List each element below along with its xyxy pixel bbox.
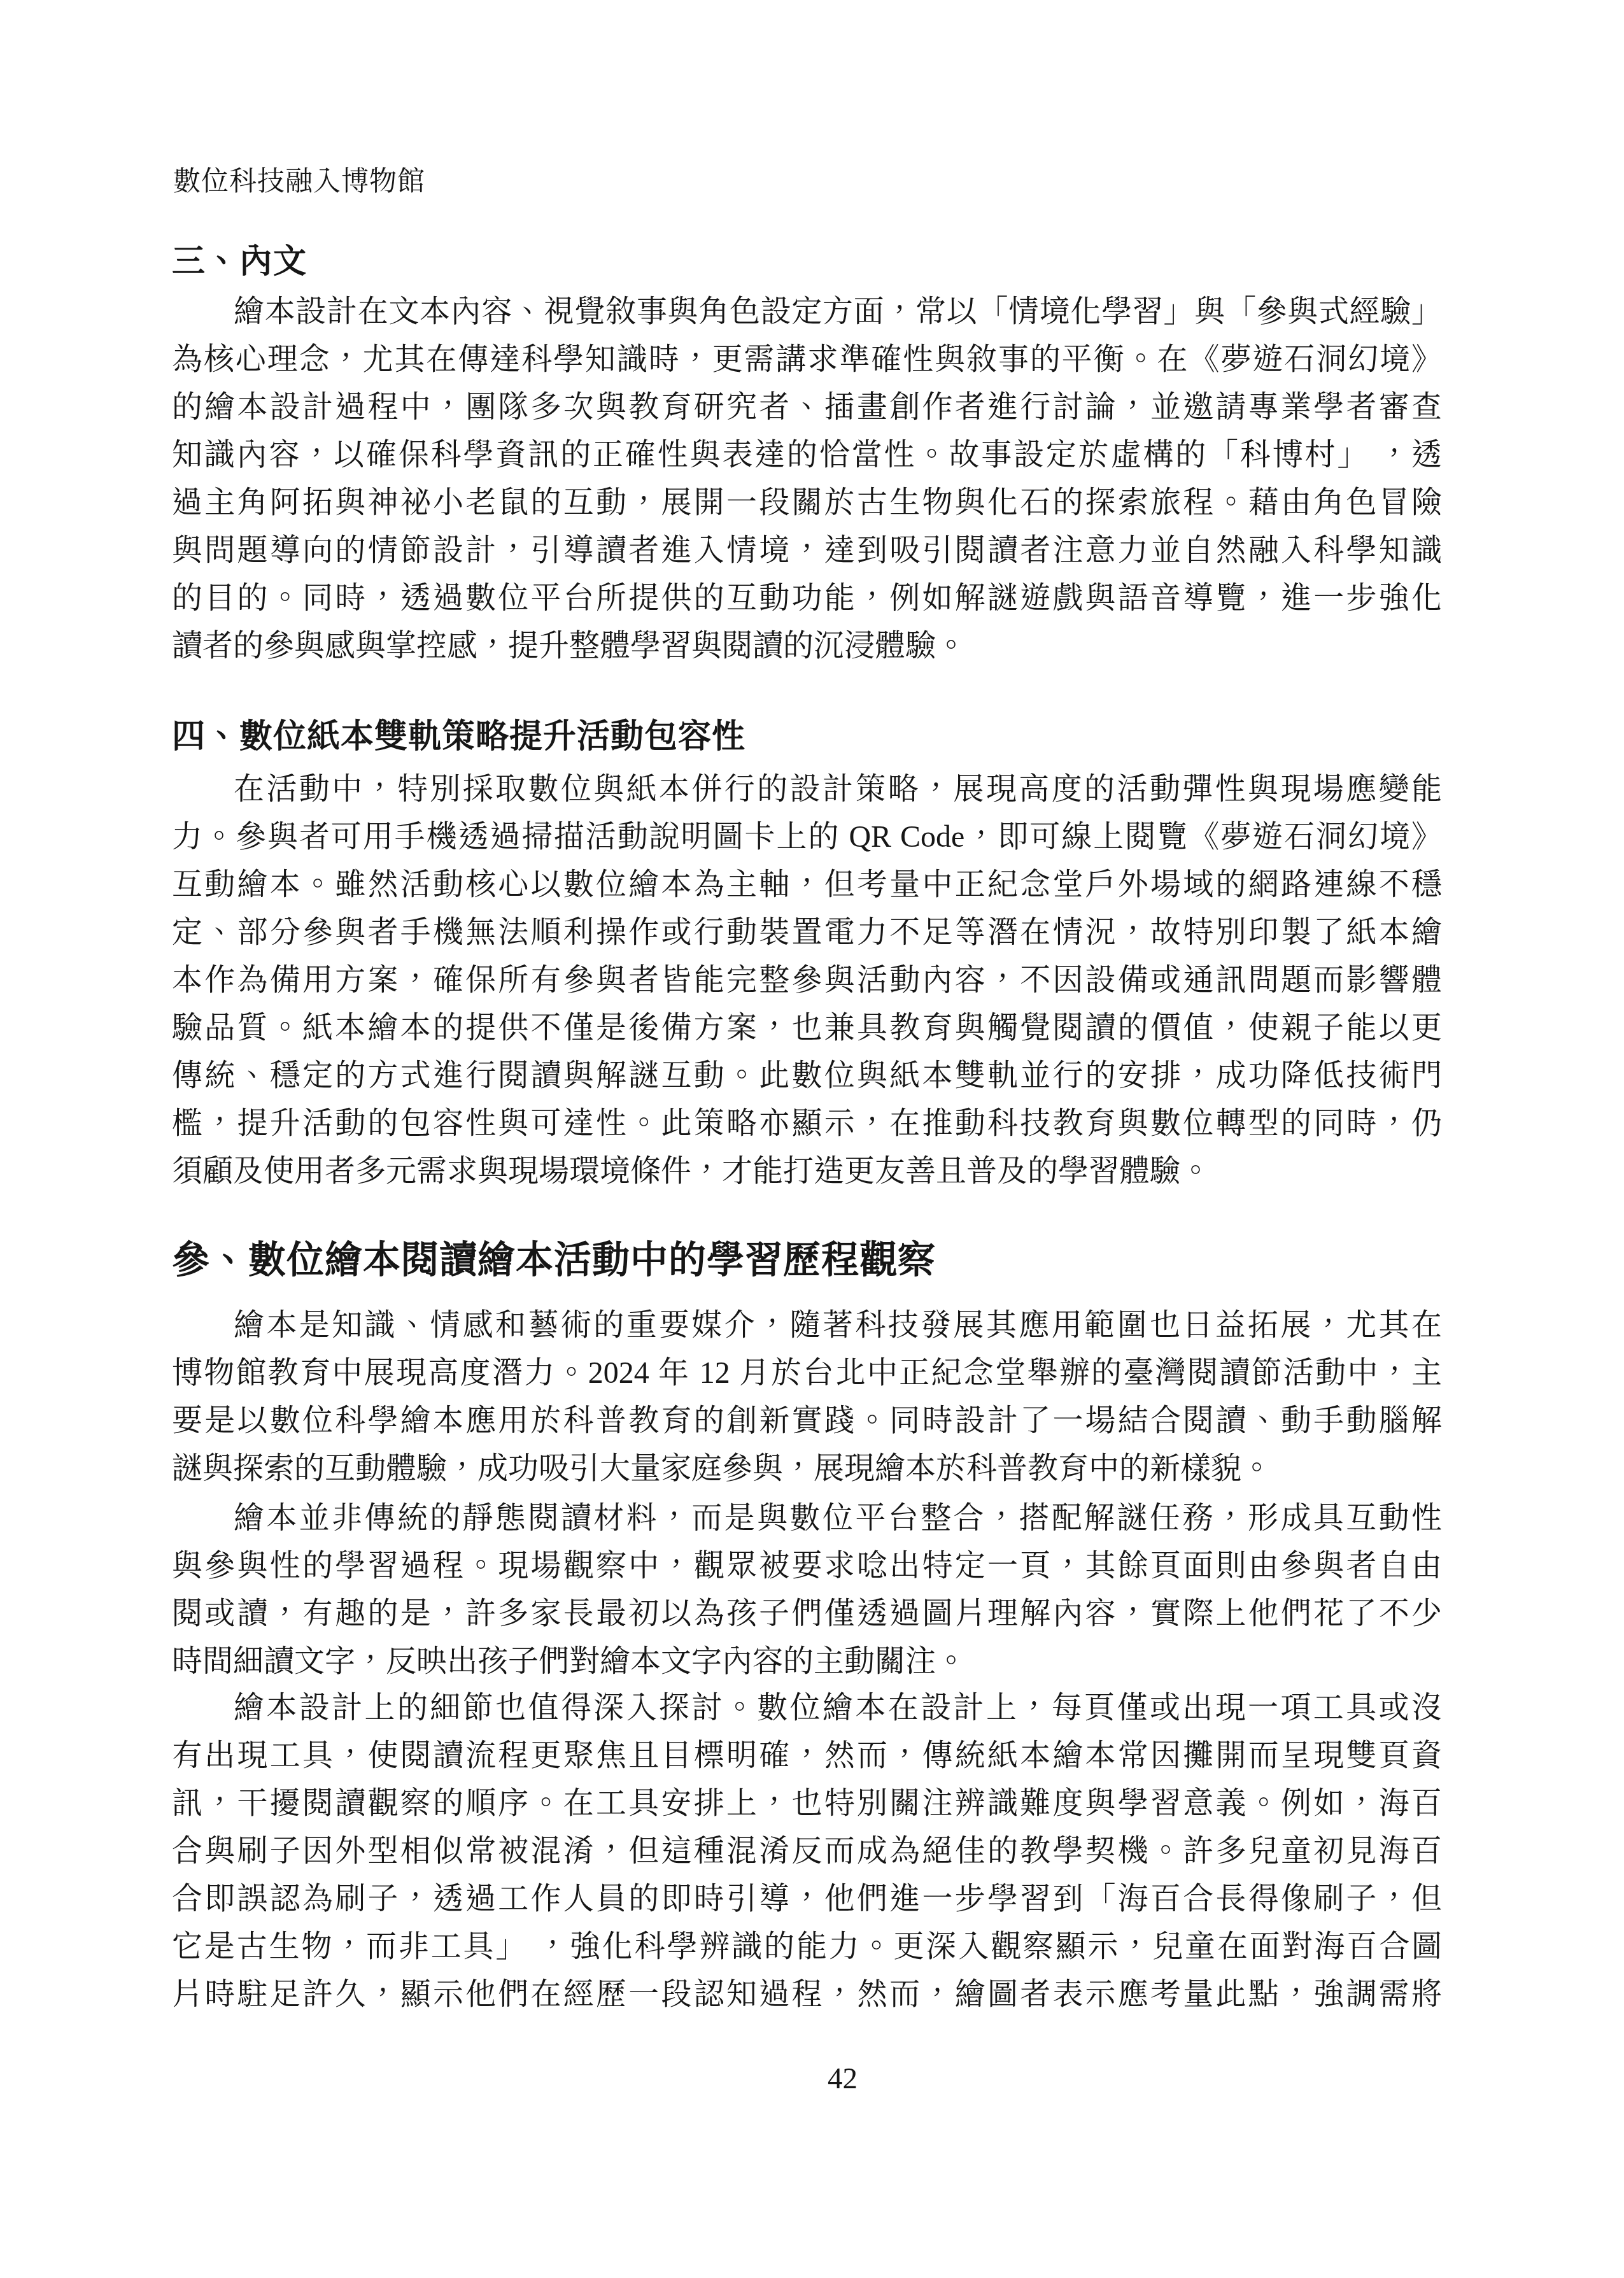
paragraph-section5-1: 繪本是知識、情感和藝術的重要媒介，隨著科技發展其應用範圍也日益拓展，尤其在 博物… [172, 1301, 1442, 1492]
text-line: 過主角阿拓與神祕小老鼠的互動，展開一段關於古生物與化石的探索旅程。藉由角色冒險 [172, 479, 1442, 527]
section-heading-neiwen: 三、內文 [172, 243, 307, 281]
running-header: 數位科技融入博物館 [173, 167, 425, 197]
text-line: 合即誤認為刷子，透過工作人員的即時引導，他們進一步學習到「海百合長得像刷子，但 [172, 1875, 1442, 1923]
text-line: 定、部分參與者手機無法順利操作或行動裝置電力不足等潛在情況，故特別印製了紙本繪 [172, 909, 1442, 956]
text-line: 繪本並非傳統的靜態閱讀材料，而是與數位平台整合，搭配解謎任務，形成具互動性 [172, 1494, 1442, 1542]
text-line: 的繪本設計過程中，團隊多次與教育研究者、插畫創作者進行討論，並邀請專業學者審查 [172, 383, 1442, 431]
text-line: 閱或讀，有趣的是，許多家長最初以為孩子們僅透過圖片理解內容，實際上他們花了不少 [172, 1590, 1442, 1638]
text-line: 與參與性的學習過程。現場觀察中，觀眾被要求唸出特定一頁，其餘頁面則由參與者自由 [172, 1542, 1442, 1590]
text-line: 須顧及使用者多元需求與現場環境條件，才能打造更友善且普及的學習體驗。 [172, 1147, 1442, 1195]
page-number: 42 [828, 2063, 858, 2096]
document-page: 數位科技融入博物館 三、內文 繪本設計在文本內容、視覺敘事與角色設定方面，常以「… [0, 0, 1624, 2278]
text-line: 要是以數位科學繪本應用於科普教育的創新實踐。同時設計了一場結合閱讀、動手動腦解 [172, 1397, 1442, 1445]
text-line: 在活動中，特別採取數位與紙本併行的設計策略，展現高度的活動彈性與現場應變能 [172, 765, 1442, 813]
section-heading-learning-observation: 參、數位繪本閱讀繪本活動中的學習歷程觀察 [172, 1239, 936, 1282]
text-line: 謎與探索的互動體驗，成功吸引大量家庭參與，展現繪本於科普教育中的新樣貌。 [172, 1445, 1442, 1492]
text-line: 的目的。同時，透過數位平台所提供的互動功能，例如解謎遊戲與語音導覽，進一步強化 [172, 574, 1442, 622]
text-line: 片時駐足許久，顯示他們在經歷一段認知過程，然而，繪圖者表示應考量此點，強調需將 [172, 1970, 1442, 2018]
text-line: 它是古生物，而非工具」 ，強化科學辨識的能力。更深入觀察顯示，兒童在面對海百合圖 [172, 1923, 1442, 1970]
paragraph-section5-3: 繪本設計上的細節也值得深入探討。數位繪本在設計上，每頁僅或出現一項工具或沒 有出… [172, 1684, 1442, 2018]
text-line: 為核心理念，尤其在傳達科學知識時，更需講求準確性與敘事的平衡。在《夢遊石洞幻境》 [172, 336, 1442, 383]
paragraph-section3: 繪本設計在文本內容、視覺敘事與角色設定方面，常以「情境化學習」與「參與式經驗」 … [172, 288, 1442, 670]
text-line: 博物館教育中展現高度潛力。2024 年 12 月於台北中正紀念堂舉辦的臺灣閱讀節… [172, 1349, 1442, 1397]
section-heading-dual-track: 四、數位紙本雙軌策略提升活動包容性 [172, 718, 745, 756]
text-line: 繪本設計上的細節也值得深入探討。數位繪本在設計上，每頁僅或出現一項工具或沒 [172, 1684, 1442, 1732]
text-line: 與問題導向的情節設計，引導讀者進入情境，達到吸引閱讀者注意力並自然融入科學知識 [172, 527, 1442, 574]
text-line: 驗品質。紙本繪本的提供不僅是後備方案，也兼具教育與觸覺閱讀的價值，使親子能以更 [172, 1004, 1442, 1052]
text-line: 互動繪本。雖然活動核心以數位繪本為主軸，但考量中正紀念堂戶外場域的網路連線不穩 [172, 861, 1442, 909]
text-line: 傳統、穩定的方式進行閱讀與解謎互動。此數位與紙本雙軌並行的安排，成功降低技術門 [172, 1052, 1442, 1100]
text-line: 力。參與者可用手機透過掃描活動說明圖卡上的 QR Code，即可線上閱覽《夢遊石… [172, 813, 1442, 861]
text-line: 訊，干擾閱讀觀察的順序。在工具安排上，也特別關注辨識難度與學習意義。例如，海百 [172, 1779, 1442, 1827]
text-line: 繪本設計在文本內容、視覺敘事與角色設定方面，常以「情境化學習」與「參與式經驗」 [172, 288, 1442, 336]
text-line: 本作為備用方案，確保所有參與者皆能完整參與活動內容，不因設備或通訊問題而影響體 [172, 956, 1442, 1004]
text-line: 檻，提升活動的包容性與可達性。此策略亦顯示，在推動科技教育與數位轉型的同時，仍 [172, 1100, 1442, 1147]
text-line: 繪本是知識、情感和藝術的重要媒介，隨著科技發展其應用範圍也日益拓展，尤其在 [172, 1301, 1442, 1349]
text-line: 有出現工具，使閱讀流程更聚焦且目標明確，然而，傳統紙本繪本常因攤開而呈現雙頁資 [172, 1732, 1442, 1779]
text-line: 讀者的參與感與掌控感，提升整體學習與閱讀的沉浸體驗。 [172, 622, 1442, 670]
text-line: 時間細讀文字，反映出孩子們對繪本文字內容的主動關注。 [172, 1638, 1442, 1685]
text-line: 合與刷子因外型相似常被混淆，但這種混淆反而成為絕佳的教學契機。許多兒童初見海百 [172, 1827, 1442, 1875]
paragraph-section4: 在活動中，特別採取數位與紙本併行的設計策略，展現高度的活動彈性與現場應變能 力。… [172, 765, 1442, 1195]
text-line: 知識內容，以確保科學資訊的正確性與表達的恰當性。故事設定於虛構的「科博村」 ，透 [172, 431, 1442, 479]
paragraph-section5-2: 繪本並非傳統的靜態閱讀材料，而是與數位平台整合，搭配解謎任務，形成具互動性 與參… [172, 1494, 1442, 1685]
